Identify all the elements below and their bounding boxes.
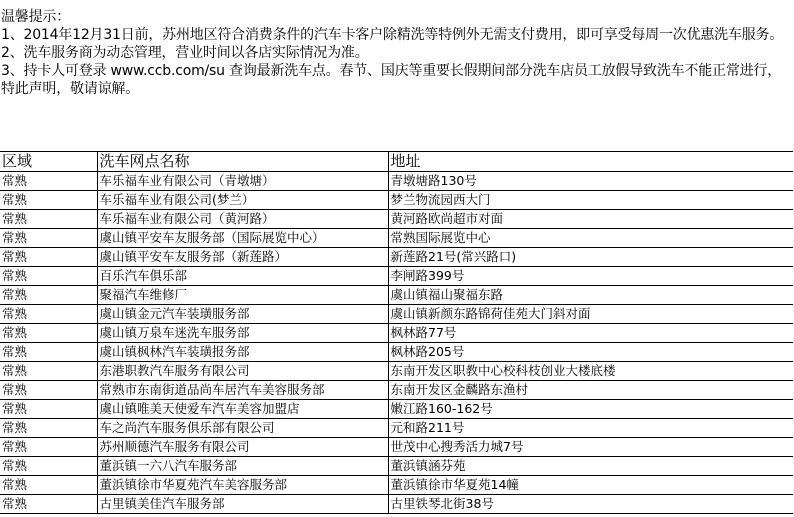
cell-area: 常熟 (0, 229, 97, 248)
table-row: 常熟 虞山镇万泉车迷洗车服务部 枫林路77号 (0, 324, 793, 343)
cell-station-name: 虞山镇万泉车迷洗车服务部 (97, 324, 388, 343)
cell-area: 常熟 (0, 476, 97, 495)
cell-area: 常熟 (0, 381, 97, 400)
table-row: 常熟 虞山镇平安车友服务部（新莲路） 新莲路21号(常兴路口) (0, 248, 793, 267)
cell-address: 董浜镇徐市华夏苑14幢 (388, 476, 793, 495)
cell-station-name: 苏州顺德汽车服务有限公司 (97, 438, 388, 457)
cell-area: 常熟 (0, 248, 97, 267)
cell-address: 虞山镇福山聚福东路 (388, 286, 793, 305)
header-station-name: 洗车网点名称 (97, 152, 388, 172)
cell-address: 嫩江路160-162号 (388, 400, 793, 419)
cell-station-name: 古里镇美佳汽车服务部 (97, 495, 388, 514)
cell-station-name: 车乐福车业有限公司(梦兰） (97, 191, 388, 210)
table-row: 常熟 苏州顺德汽车服务有限公司 世茂中心搜秀活力城7号 (0, 438, 793, 457)
cell-area: 常熟 (0, 400, 97, 419)
cell-area: 常熟 (0, 457, 97, 476)
cell-station-name: 车乐福车业有限公司（黄河路） (97, 210, 388, 229)
cell-address: 李闸路399号 (388, 267, 793, 286)
cell-station-name: 虞山镇唯美天使爱车汽车美容加盟店 (97, 400, 388, 419)
cell-area: 常熟 (0, 286, 97, 305)
table-row: 常熟 车乐福车业有限公司（青墩塘） 青墩塘路130号 (0, 172, 793, 191)
table-row: 常熟 虞山镇唯美天使爱车汽车美容加盟店 嫩江路160-162号 (0, 400, 793, 419)
notice-item-1: 1、2014年12月31日前，苏州地区符合消费条件的汽车卡客户除精洗等特例外无需… (1, 26, 793, 44)
cell-area: 常熟 (0, 495, 97, 514)
table-row: 常熟 车之尚汽车服务俱乐部有限公司 元和路211号 (0, 419, 793, 438)
table-row: 常熟 虞山镇平安车友服务部（国际展览中心） 常熟国际展览中心 (0, 229, 793, 248)
cell-address: 青墩塘路130号 (388, 172, 793, 191)
cell-area: 常熟 (0, 267, 97, 286)
cell-station-name: 百乐汽车俱乐部 (97, 267, 388, 286)
cell-station-name: 虞山镇平安车友服务部（新莲路） (97, 248, 388, 267)
table-row: 常熟 聚福汽车维修厂 虞山镇福山聚福东路 (0, 286, 793, 305)
table-row: 常熟 东港职教汽车服务有限公司 东南开发区职教中心校科枝创业大楼底楼 (0, 362, 793, 381)
cell-area: 常熟 (0, 343, 97, 362)
table-row: 常熟 虞山镇枫林汽车装璜报务部 枫林路205号 (0, 343, 793, 362)
notice-section: 温馨提示： 1、2014年12月31日前，苏州地区符合消费条件的汽车卡客户除精洗… (1, 8, 793, 98)
cell-station-name: 东港职教汽车服务有限公司 (97, 362, 388, 381)
header-address: 地址 (388, 152, 793, 172)
cell-address: 常熟国际展览中心 (388, 229, 793, 248)
notice-item-2: 2、洗车服务商为动态管理，营业时间以各店实际情况为准。 (1, 44, 793, 62)
cell-address: 枫林路205号 (388, 343, 793, 362)
table-row: 常熟 车乐福车业有限公司(梦兰） 梦兰物流园西大门 (0, 191, 793, 210)
cell-area: 常熟 (0, 438, 97, 457)
table-row: 常熟 古里镇美佳汽车服务部 古里铁琴北街38号 (0, 495, 793, 514)
table-row: 常熟 车乐福车业有限公司（黄河路） 黄河路欧尚超市对面 (0, 210, 793, 229)
cell-address: 虞山镇新颜东路锦荷佳苑大门斜对面 (388, 305, 793, 324)
cell-station-name: 虞山镇平安车友服务部（国际展览中心） (97, 229, 388, 248)
cell-address: 元和路211号 (388, 419, 793, 438)
cell-address: 世茂中心搜秀活力城7号 (388, 438, 793, 457)
cell-station-name: 聚福汽车维修厂 (97, 286, 388, 305)
notice-title: 温馨提示： (1, 8, 793, 26)
cell-address: 梦兰物流园西大门 (388, 191, 793, 210)
cell-station-name: 董浜镇一六八汽车服务部 (97, 457, 388, 476)
cell-station-name: 虞山镇金元汽车装璜服务部 (97, 305, 388, 324)
cell-station-name: 董浜镇徐市华夏苑汽车美容服务部 (97, 476, 388, 495)
cell-address: 枫林路77号 (388, 324, 793, 343)
table-row: 常熟 常熟市东南街道品尚车居汽车美容服务部 东南开发区金麟路东渔村 (0, 381, 793, 400)
cell-area: 常熟 (0, 210, 97, 229)
cell-area: 常熟 (0, 362, 97, 381)
cell-area: 常熟 (0, 172, 97, 191)
cell-address: 东南开发区职教中心校科枝创业大楼底楼 (388, 362, 793, 381)
table-row: 常熟 百乐汽车俱乐部 李闸路399号 (0, 267, 793, 286)
cell-address: 董浜镇涵芬苑 (388, 457, 793, 476)
notice-item-3: 3、持卡人可登录 www.ccb.com/su 查询最新洗车点。春节、国庆等重要… (1, 62, 793, 98)
cell-station-name: 车之尚汽车服务俱乐部有限公司 (97, 419, 388, 438)
table-row: 常熟 董浜镇徐市华夏苑汽车美容服务部 董浜镇徐市华夏苑14幢 (0, 476, 793, 495)
cell-station-name: 虞山镇枫林汽车装璜报务部 (97, 343, 388, 362)
cell-area: 常熟 (0, 305, 97, 324)
cell-address: 古里铁琴北街38号 (388, 495, 793, 514)
cell-area: 常熟 (0, 191, 97, 210)
cell-station-name: 常熟市东南街道品尚车居汽车美容服务部 (97, 381, 388, 400)
cell-area: 常熟 (0, 324, 97, 343)
cell-address: 黄河路欧尚超市对面 (388, 210, 793, 229)
car-wash-station-table: 区域 洗车网点名称 地址 常熟 车乐福车业有限公司（青墩塘） 青墩塘路130号 … (0, 151, 793, 514)
cell-area: 常熟 (0, 419, 97, 438)
header-area: 区域 (0, 152, 97, 172)
table-row: 常熟 虞山镇金元汽车装璜服务部 虞山镇新颜东路锦荷佳苑大门斜对面 (0, 305, 793, 324)
table-row: 常熟 董浜镇一六八汽车服务部 董浜镇涵芬苑 (0, 457, 793, 476)
cell-address: 东南开发区金麟路东渔村 (388, 381, 793, 400)
table-header-row: 区域 洗车网点名称 地址 (0, 152, 793, 172)
cell-address: 新莲路21号(常兴路口) (388, 248, 793, 267)
cell-station-name: 车乐福车业有限公司（青墩塘） (97, 172, 388, 191)
